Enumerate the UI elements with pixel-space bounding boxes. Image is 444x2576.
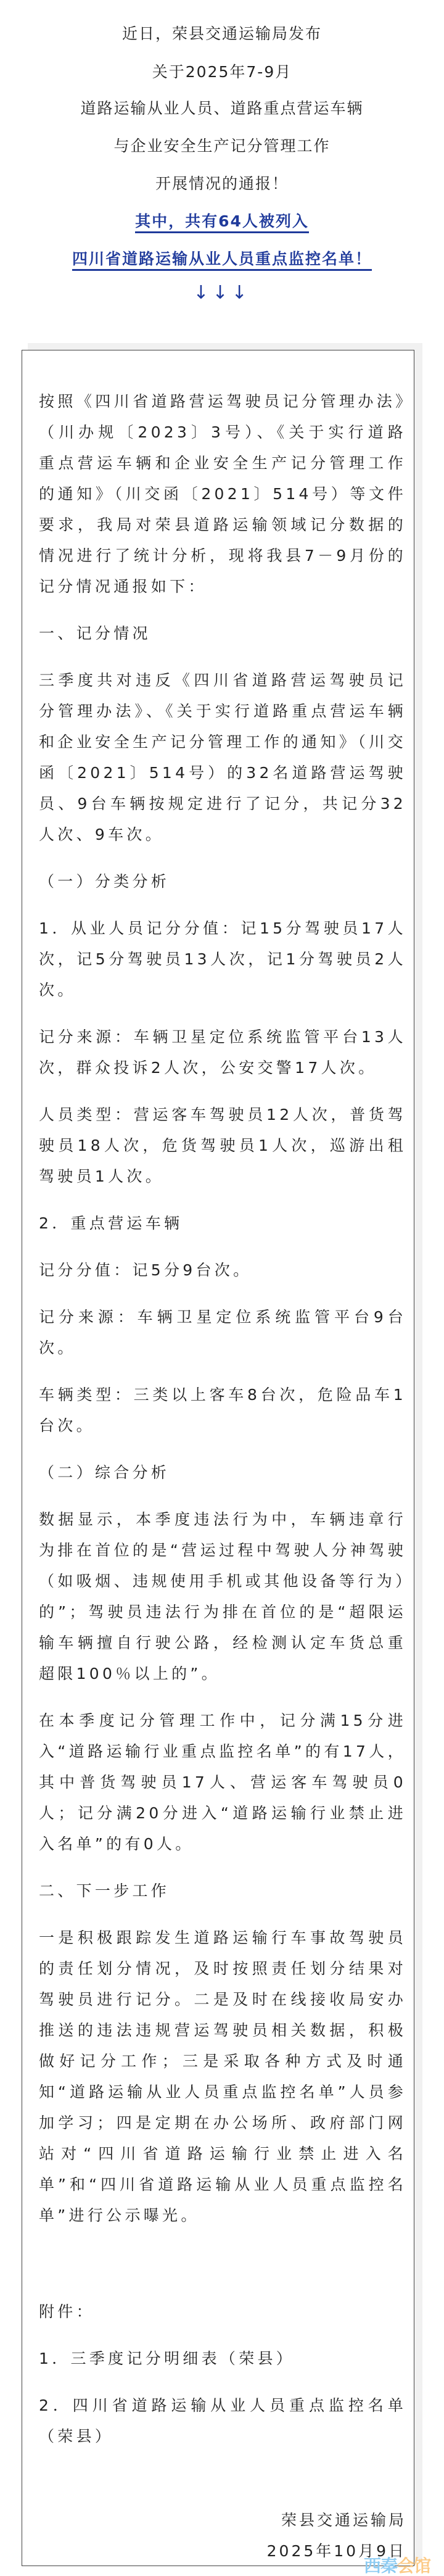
section-title-2: 二、下一步工作 (39, 1876, 406, 1907)
notice-box: 按照《四川省道路营运驾驶员记分管理办法》（川办规〔2023〕3号）、《关于实行道… (22, 350, 414, 2566)
item2-source: 记分来源：车辆卫星定位系统监管平台9台次。 (39, 1302, 406, 1364)
watermark-logo: 西秦会馆 (364, 2553, 430, 2576)
subsection-title-1: （一）分类分析 (39, 866, 406, 897)
attachment-link-2[interactable]: 2．四川省道路运输从业人员重点监控名单（荣县） (39, 2390, 406, 2452)
header-line-5: 开展情况的通报！ (0, 173, 444, 194)
item2-title: 2．重点营运车辆 (39, 1208, 406, 1239)
item1-type: 人员类型：营运客车驾驶员12人次，普货驾驶员18人次，危货驾驶员1人次，巡游出租… (39, 1100, 406, 1192)
watermark-part-2: 会馆 (397, 2556, 430, 2576)
attachment-link-1[interactable]: 1．三季度记分明细表（荣县） (39, 2343, 406, 2374)
section1-summary: 三季度共对违反《四川省道路营运驾驶员记分管理办法》、《关于实行道路重点营运车辆和… (39, 665, 406, 850)
spacer (39, 2247, 406, 2296)
header-line-3: 道路运输从业人员、道路重点营运车辆 (0, 98, 444, 119)
header-line-1: 近日，荣县交通运输局发布 (0, 23, 444, 44)
highlight-text-1: 其中，共有64人被列入 (135, 212, 309, 233)
header-line-4: 与企业安全生产记分管理工作 (0, 136, 444, 157)
intro-paragraph: 按照《四川省道路营运驾驶员记分管理办法》（川办规〔2023〕3号）、《关于实行道… (39, 386, 406, 602)
item2-value: 记分分值：记5分9台次。 (39, 1255, 406, 1286)
next-steps-paragraph: 一是积极跟踪发生道路运输行车事故驾驶员的责任划分情况，及时按照责任划分结果对驾驶… (39, 1923, 406, 2231)
signature-date: 2025年10月9日 (39, 2536, 406, 2567)
item1-source: 记分来源：车辆卫星定位系统监管平台13人次，群众投诉2人次，公安交警17人次。 (39, 1022, 406, 1083)
signature-org: 荣县交通运输局 (39, 2505, 406, 2536)
down-arrows-icon: ↓↓↓ (0, 283, 444, 304)
highlight-line-1: 其中，共有64人被列入 (0, 211, 444, 232)
notice-content: 按照《四川省道路营运驾驶员记分管理办法》（川办规〔2023〕3号）、《关于实行道… (39, 386, 406, 2567)
analysis-paragraph-1: 数据显示，本季度违法行为中，车辆违章行为排在首位的是“营运过程中驾驶人分神驾驶（… (39, 1504, 406, 1689)
header-line-2: 关于2025年7-9月 (0, 62, 444, 83)
analysis-paragraph-2: 在本季度记分管理工作中，记分满15分进入“道路运输行业重点监控名单”的有17人，… (39, 1705, 406, 1860)
section-title-1: 一、记分情况 (39, 618, 406, 649)
highlight-text-2: 四川省道路运输从业人员重点监控名单！ (72, 250, 372, 271)
spacer (39, 2468, 406, 2505)
item1-title: 1．从业人员记分分值：记15分驾驶员17人次，记5分驾驶员13人次，记1分驾驶员… (39, 913, 406, 1006)
attachments-label: 附件： (39, 2296, 406, 2327)
watermark-part-1: 西秦 (364, 2556, 397, 2576)
highlight-line-2: 四川省道路运输从业人员重点监控名单！ (0, 249, 444, 270)
subsection-title-2: （二）综合分析 (39, 1457, 406, 1488)
item2-type: 车辆类型：三类以上客车8台次，危险品车1台次。 (39, 1380, 406, 1441)
